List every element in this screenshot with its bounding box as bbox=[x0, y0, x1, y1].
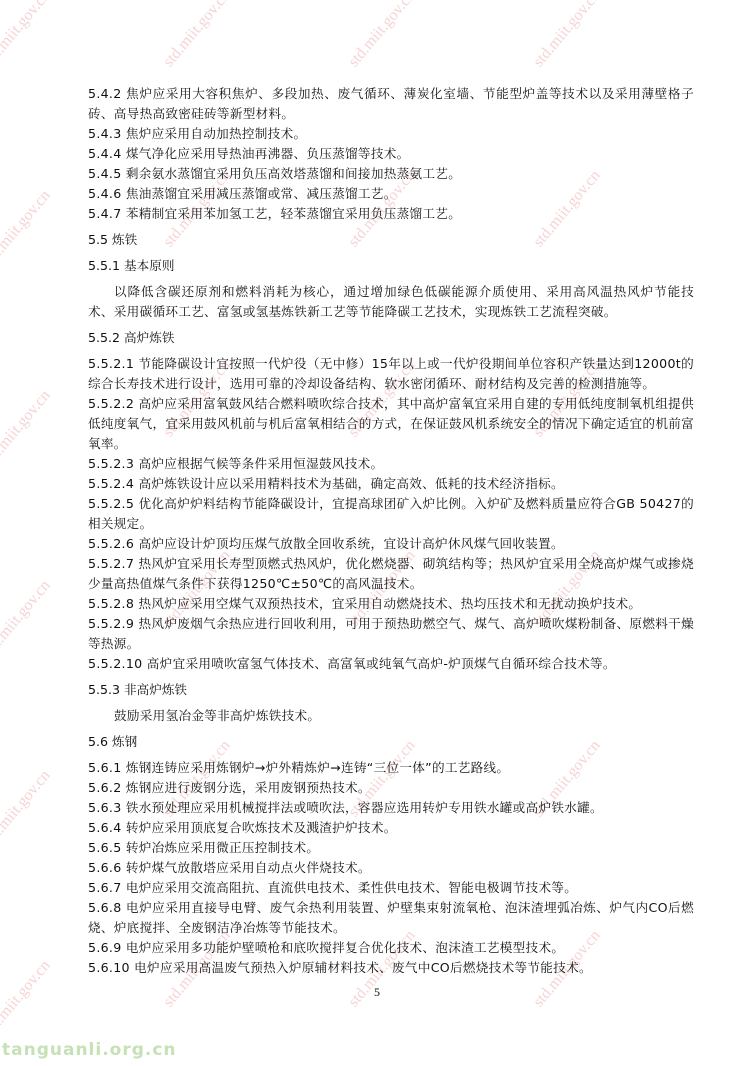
paragraph-principle: 以降低含碳还原剂和燃料消耗为核心，通过增加绿色低碳能源介质使用、采用高风温热风炉… bbox=[88, 282, 694, 322]
clause-5-6-9: 5.6.9 电炉应采用多功能炉壁喷枪和底吹搅拌复合优化技术、泡沫渣工艺模型技术。 bbox=[88, 938, 694, 958]
clause-5-6-7: 5.6.7 电炉应采用交流高阻抗、直流供电技术、柔性供电技术、智能电极调节技术等… bbox=[88, 878, 694, 898]
clause-5-4-2: 5.4.2 焦炉应采用大容积焦炉、多段加热、废气循环、薄炭化室墙、节能型炉盖等技… bbox=[88, 84, 694, 124]
clause-5-5-2-3: 5.5.2.3 高炉应根据气候等条件采用恒湿鼓风技术。 bbox=[88, 454, 694, 474]
clause-5-4-7: 5.4.7 苯精制宜采用苯加氢工艺，轻苯蒸馏宜采用负压蒸馏工艺。 bbox=[88, 204, 694, 224]
section-heading-5-5-3: 5.5.3 非高炉炼铁 bbox=[88, 680, 694, 700]
clause-5-4-6: 5.4.6 焦油蒸馏宜采用减压蒸馏或常、减压蒸馏工艺。 bbox=[88, 184, 694, 204]
clause-5-5-2-4: 5.5.2.4 高炉炼铁设计应以采用精料技术为基础，确定高效、低耗的技术经济指标… bbox=[88, 474, 694, 494]
clause-5-4-5: 5.4.5 剩余氨水蒸馏宜采用负压高效塔蒸馏和间接加热蒸氨工艺。 bbox=[88, 164, 694, 184]
clause-5-5-2-7: 5.5.2.7 热风炉宜采用长寿型顶燃式热风炉，优化燃烧器、砌筑结构等；热风炉宜… bbox=[88, 554, 694, 594]
clause-5-6-1: 5.6.1 炼钢连铸应采用炼钢炉→炉外精炼炉→连铸“三位一体”的工艺路线。 bbox=[88, 758, 694, 778]
clause-5-6-6: 5.6.6 转炉煤气放散塔应采用自动点火伴烧技术。 bbox=[88, 858, 694, 878]
section-heading-5-6: 5.6 炼钢 bbox=[88, 732, 694, 752]
section-heading-5-5-1: 5.5.1 基本原则 bbox=[88, 256, 694, 276]
section-heading-5-5-2: 5.5.2 高炉炼铁 bbox=[88, 328, 694, 348]
paragraph-non-blast-furnace: 鼓励采用氢冶金等非高炉炼铁技术。 bbox=[88, 706, 694, 726]
clause-5-6-2: 5.6.2 炼钢应进行废钢分选，采用废钢预热技术。 bbox=[88, 778, 694, 798]
page-number: 5 bbox=[0, 985, 754, 1000]
watermark: std.miit.gov.cn bbox=[0, 387, 55, 471]
clause-5-6-8: 5.6.8 电炉应采用直接导电臂、废气余热利用装置、炉壁集束射流氧枪、泡沫渣埋弧… bbox=[88, 898, 694, 938]
clause-5-5-2-2: 5.5.2.2 高炉应采用富氧鼓风结合燃料喷吹综合技术，其中高炉富氧宜采用自建的… bbox=[88, 394, 694, 454]
clause-5-4-3: 5.4.3 焦炉应采用自动加热控制技术。 bbox=[88, 124, 694, 144]
clause-5-6-3: 5.6.3 铁水预处理应采用机械搅拌法或喷吹法，容器应选用转炉专用铁水罐或高炉铁… bbox=[88, 798, 694, 818]
watermark: std.miit.gov.cn bbox=[530, 0, 605, 71]
clause-5-5-2-10: 5.5.2.10 高炉宜采用喷吹富氢气体技术、高富氧或纯氧气高炉-炉顶煤气自循环… bbox=[88, 654, 694, 674]
document-page: 5.4.2 焦炉应采用大容积焦炉、多段加热、废气循环、薄炭化室墙、节能型炉盖等技… bbox=[88, 84, 694, 978]
site-watermark: tanguanli.org.cn bbox=[2, 1040, 177, 1060]
clause-5-6-5: 5.6.5 转炉冶炼应采用微正压控制技术。 bbox=[88, 838, 694, 858]
clause-5-5-2-8: 5.5.2.8 热风炉应采用空煤气双预热技术，宜采用自动燃烧技术、热均压技术和无… bbox=[88, 594, 694, 614]
watermark: std.miit.gov.cn bbox=[0, 0, 55, 71]
clause-5-5-2-1: 5.5.2.1 节能降碳设计宜按照一代炉役（无中修）15年以上或一代炉役期间单位… bbox=[88, 354, 694, 394]
watermark: std.miit.gov.cn bbox=[0, 767, 55, 851]
clause-5-5-2-9: 5.5.2.9 热风炉废烟气余热应进行回收利用，可用于预热助燃空气、煤气、高炉喷… bbox=[88, 614, 694, 654]
watermark: std.miit.gov.cn bbox=[160, 0, 235, 71]
clause-5-4-4: 5.4.4 煤气净化应采用导热油再沸器、负压蒸馏等技术。 bbox=[88, 144, 694, 164]
clause-5-5-2-6: 5.5.2.6 高炉应设计炉顶均压煤气放散全回收系统，宜设计高炉休风煤气回收装置… bbox=[88, 534, 694, 554]
watermark: std.miit.gov.cn bbox=[0, 577, 55, 661]
clause-5-6-4: 5.6.4 转炉应采用顶底复合吹炼技术及溅渣护炉技术。 bbox=[88, 818, 694, 838]
watermark: std.miit.gov.cn bbox=[345, 0, 420, 71]
section-heading-5-5: 5.5 炼铁 bbox=[88, 230, 694, 250]
clause-5-5-2-5: 5.5.2.5 优化高炉炉料结构节能降碳设计，宜提高球团矿入炉比例。入炉矿及燃料… bbox=[88, 494, 694, 534]
watermark: std.miit.gov.cn bbox=[0, 187, 55, 271]
clause-5-6-10: 5.6.10 电炉应采用高温废气预热入炉原辅材料技术、废气中CO后燃烧技术等节能… bbox=[88, 958, 694, 978]
